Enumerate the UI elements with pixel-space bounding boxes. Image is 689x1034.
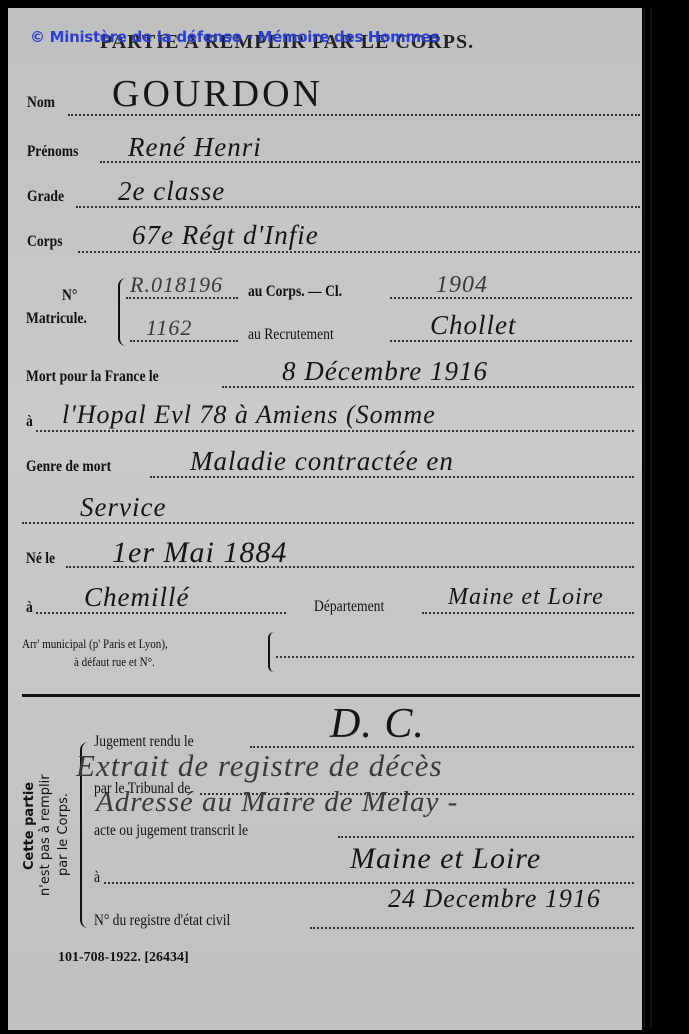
recrutement-value: 1162 bbox=[146, 315, 192, 341]
mort-a-line bbox=[36, 430, 634, 432]
prenoms-label: Prénoms bbox=[27, 143, 78, 161]
grade-value: 2e classe bbox=[118, 176, 225, 207]
arr-municipal-label-1: Arr' municipal (p' Paris et Lyon), bbox=[22, 636, 168, 652]
matricule-label: Matricule. bbox=[26, 310, 87, 328]
mort-le-value: 8 Décembre 1916 bbox=[282, 356, 488, 387]
departement-value: Maine et Loire bbox=[448, 584, 604, 611]
extrait-annotation: Extrait de registre de décès bbox=[76, 748, 443, 784]
section-divider bbox=[22, 694, 640, 697]
ne-le-label: Né le bbox=[26, 550, 55, 568]
ne-le-value: 1er Mai 1884 bbox=[112, 536, 287, 570]
genre-mort-label: Genre de mort bbox=[26, 458, 111, 476]
corps-value: 67e Régt d'Infie bbox=[132, 220, 319, 251]
corps-label: Corps bbox=[27, 233, 63, 251]
prenoms-value: René Henri bbox=[128, 132, 262, 163]
matricule-no-label: N° bbox=[62, 287, 77, 305]
side-note-2: n'est pas à remplir bbox=[38, 774, 53, 896]
classe-line bbox=[390, 297, 632, 299]
registre-label: N° du registre d'état civil bbox=[94, 912, 230, 930]
ne-a-label: à bbox=[26, 599, 33, 617]
tribunal-value: Adressé au Maire de Melay - bbox=[96, 786, 458, 819]
mort-a-value: l'Hopal Evl 78 à Amiens (Somme bbox=[62, 400, 436, 430]
transcrit-a-value: Maine et Loire bbox=[350, 842, 541, 876]
registre-line bbox=[310, 927, 634, 929]
classe-value: 1904 bbox=[436, 272, 488, 299]
genre-mort-value: Maladie contractée en bbox=[190, 446, 454, 477]
grade-label: Grade bbox=[27, 188, 64, 206]
arr-municipal-brace bbox=[268, 632, 274, 672]
recrutement-place-value: Chollet bbox=[430, 310, 517, 341]
arr-municipal-line bbox=[276, 656, 634, 658]
matricule-brace bbox=[118, 278, 126, 346]
arr-municipal-label-2: à défaut rue et N°. bbox=[74, 654, 155, 670]
copyright-watermark: © Ministère de la défense - Mémoire des … bbox=[30, 28, 439, 46]
registre-value: 24 Decembre 1916 bbox=[388, 884, 601, 914]
jugement-value: D. C. bbox=[330, 700, 425, 748]
ne-a-value: Chemillé bbox=[84, 582, 189, 613]
card-edge-line bbox=[643, 8, 645, 1028]
form-reference-number: 101-708-1922. [26434] bbox=[58, 950, 189, 966]
side-note-1: Cette partie bbox=[22, 782, 37, 870]
recrutement-label: au Recrutement bbox=[248, 326, 334, 344]
nom-value: GOURDON bbox=[112, 72, 323, 116]
side-note-3: par le Corps. bbox=[56, 793, 71, 876]
departement-label: Département bbox=[314, 598, 384, 616]
transcrit-a-label: à bbox=[94, 869, 100, 887]
mort-a-label: à bbox=[26, 413, 33, 431]
acte-label: acte ou jugement transcrit le bbox=[94, 822, 248, 840]
mort-le-label: Mort pour la France le bbox=[26, 368, 159, 386]
departement-line bbox=[422, 612, 634, 614]
matricule-corps-value: R.018196 bbox=[130, 272, 223, 298]
au-corps-label: au Corps. — Cl. bbox=[248, 283, 342, 301]
corps-line bbox=[78, 251, 640, 253]
nom-label: Nom bbox=[27, 94, 55, 112]
card-edge-line-2 bbox=[650, 8, 652, 1028]
genre-mort-value-2: Service bbox=[80, 492, 166, 523]
acte-line bbox=[338, 836, 634, 838]
